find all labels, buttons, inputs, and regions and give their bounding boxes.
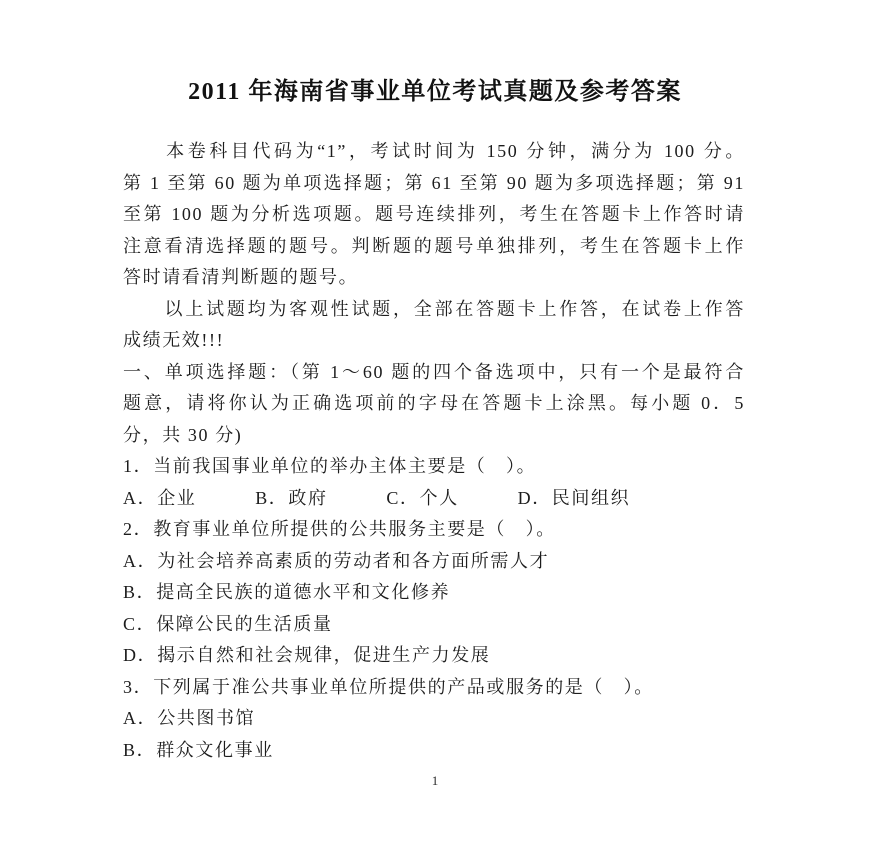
section-heading-line: 分，共 30 分): [123, 420, 745, 452]
section-heading-line: 题意，请将你认为正确选项前的字母在答题卡上涂黑。每小题 0．5: [123, 388, 745, 420]
document-page: 2011 年海南省事业单位考试真题及参考答案 本卷科目代码为“1”，考试时间为 …: [0, 0, 870, 842]
question-1-options: A．企业 B．政府 C．个人 D．民间组织: [123, 483, 745, 515]
question-3-option-a: A．公共图书馆: [123, 703, 745, 735]
section-heading-line: 一、单项选择题：（第 1～60 题的四个备选项中，只有一个是最符合: [123, 357, 745, 389]
document-title: 2011 年海南省事业单位考试真题及参考答案: [0, 71, 870, 106]
question-3-line: 3．下列属于准公共事业单位所提供的产品或服务的是（ ）。: [123, 672, 745, 704]
question-2-option-a: A．为社会培养高素质的劳动者和各方面所需人才: [123, 546, 745, 578]
question-1-line: 1．当前我国事业单位的举办主体主要是（ ）。: [123, 451, 745, 483]
paragraph-line: 注意看清选择题的题号。判断题的题号单独排列，考生在答题卡上作: [123, 231, 745, 263]
paragraph-line: 至第 100 题为分析选项题。题号连续排列，考生在答题卡上作答时请: [123, 199, 745, 231]
page-number: 1: [0, 773, 870, 789]
paragraph-line: 以上试题均为客观性试题，全部在答题卡上作答，在试卷上作答: [123, 294, 745, 326]
paragraph-line: 第 1 至第 60 题为单项选择题；第 61 至第 90 题为多项选择题；第 9…: [123, 168, 745, 200]
paragraph-line: 成绩无效!!!: [123, 325, 745, 357]
question-2-option-d: D．揭示自然和社会规律，促进生产力发展: [123, 640, 745, 672]
question-2-line: 2．教育事业单位所提供的公共服务主要是（ ）。: [123, 514, 745, 546]
paragraph-line: 答时请看清判断题的题号。: [123, 262, 745, 294]
paragraph-line: 本卷科目代码为“1”，考试时间为 150 分钟，满分为 100 分。: [123, 136, 745, 168]
question-3-option-b: B．群众文化事业: [123, 735, 745, 767]
document-body: 本卷科目代码为“1”，考试时间为 150 分钟，满分为 100 分。 第 1 至…: [123, 136, 745, 766]
question-2-option-b: B．提高全民族的道德水平和文化修养: [123, 577, 745, 609]
question-2-option-c: C．保障公民的生活质量: [123, 609, 745, 641]
